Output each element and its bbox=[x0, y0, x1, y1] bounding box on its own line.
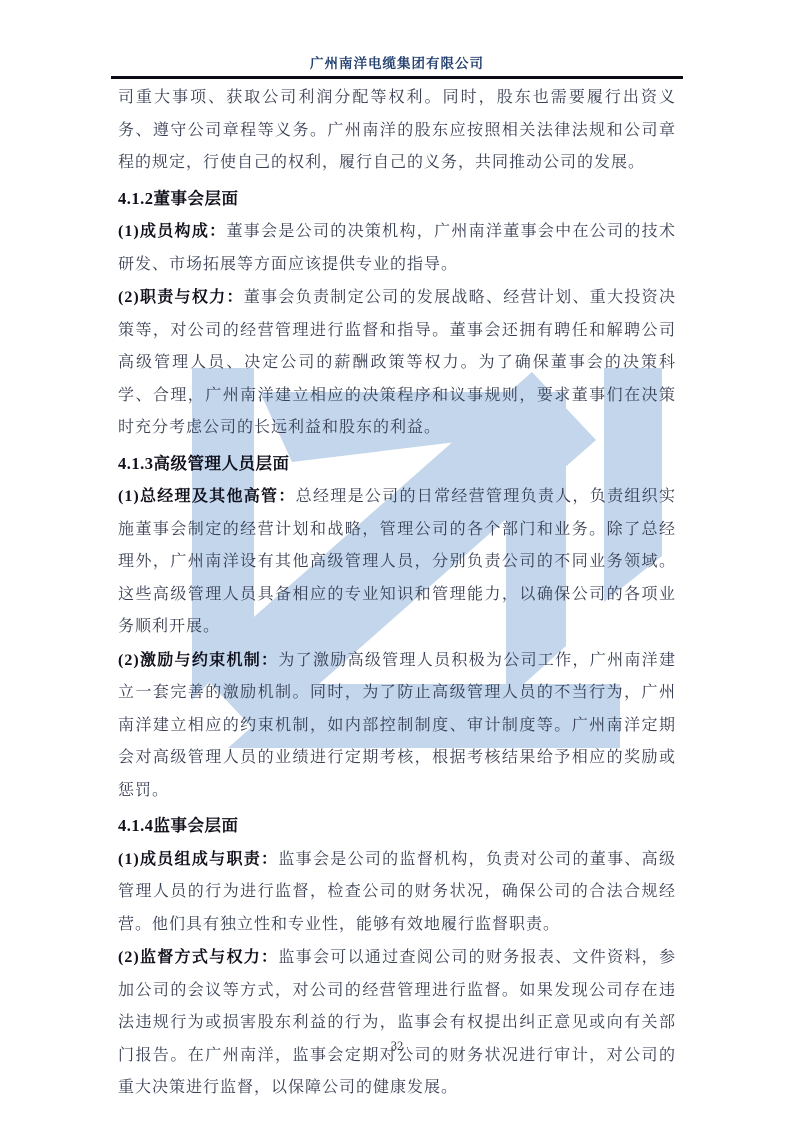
paragraph-text: 监事会可以通过查阅公司的财务报表、文件资料，参加公司的会议等方式，对公司的经营管… bbox=[118, 949, 676, 1096]
paragraph-label: (2)职责与权力： bbox=[118, 289, 244, 306]
section-heading: 4.1.3高级管理人员层面 bbox=[118, 448, 676, 481]
section-board: 4.1.2董事会层面 (1)成员构成：董事会是公司的决策机构，广州南洋董事会中在… bbox=[118, 183, 676, 445]
section-senior-management: 4.1.3高级管理人员层面 (1)总经理及其他高管：总经理是公司的日常经营管理负… bbox=[118, 448, 676, 808]
paragraph: (1)成员构成：董事会是公司的决策机构，广州南洋董事会中在公司的技术研发、市场拓… bbox=[118, 216, 676, 281]
paragraph-text: 董事会负责制定公司的发展战略、经营计划、重大投资决策等，对公司的经营管理进行监督… bbox=[118, 289, 676, 436]
intro-paragraph: 司重大事项、获取公司利润分配等权利。同时，股东也需要履行出资义务、遵守公司章程等… bbox=[118, 82, 676, 180]
paragraph-label: (1)成员构成： bbox=[118, 223, 226, 240]
paragraph: (1)总经理及其他高管：总经理是公司的日常经营管理负责人，负责组织实施董事会制定… bbox=[118, 481, 676, 644]
paragraph: (2)激励与约束机制：为了激励高级管理人员积极为公司工作，广州南洋建立一套完善的… bbox=[118, 645, 676, 808]
company-name: 广州南洋电缆集团有限公司 bbox=[310, 52, 484, 72]
document-page: 广州南洋电缆集团有限公司 司重大事项、获取公司利润分配等权利。同时，股东也需要履… bbox=[0, 0, 794, 1123]
paragraph-label: (1)总经理及其他高管： bbox=[118, 488, 296, 505]
document-body: 司重大事项、获取公司利润分配等权利。同时，股东也需要履行出资义务、遵守公司章程等… bbox=[118, 82, 676, 1106]
paragraph: (2)监督方式与权力：监事会可以通过查阅公司的财务报表、文件资料，参加公司的会议… bbox=[118, 942, 676, 1105]
paragraph-label: (1)成员组成与职责： bbox=[118, 851, 278, 868]
paragraph: (2)职责与权力：董事会负责制定公司的发展战略、经营计划、重大投资决策等，对公司… bbox=[118, 282, 676, 445]
paragraph-label: (2)监督方式与权力： bbox=[118, 949, 278, 966]
page-number: 32 bbox=[0, 1039, 794, 1054]
section-heading: 4.1.2董事会层面 bbox=[118, 183, 676, 216]
section-heading: 4.1.4监事会层面 bbox=[118, 810, 676, 843]
paragraph-text: 总经理是公司的日常经营管理负责人，负责组织实施董事会制定的经营计划和战略，管理公… bbox=[118, 488, 676, 635]
paragraph: (1)成员组成与职责：监事会是公司的监督机构，负责对公司的董事、高级管理人员的行… bbox=[118, 844, 676, 942]
section-supervisory-board: 4.1.4监事会层面 (1)成员组成与职责：监事会是公司的监督机构，负责对公司的… bbox=[118, 810, 676, 1105]
paragraph-text: 为了激励高级管理人员积极为公司工作，广州南洋建立一套完善的激励机制。同时，为了防… bbox=[118, 652, 676, 799]
paragraph-label: (2)激励与约束机制： bbox=[118, 652, 278, 669]
page-header: 广州南洋电缆集团有限公司 bbox=[0, 0, 794, 79]
header-rule bbox=[111, 76, 683, 79]
